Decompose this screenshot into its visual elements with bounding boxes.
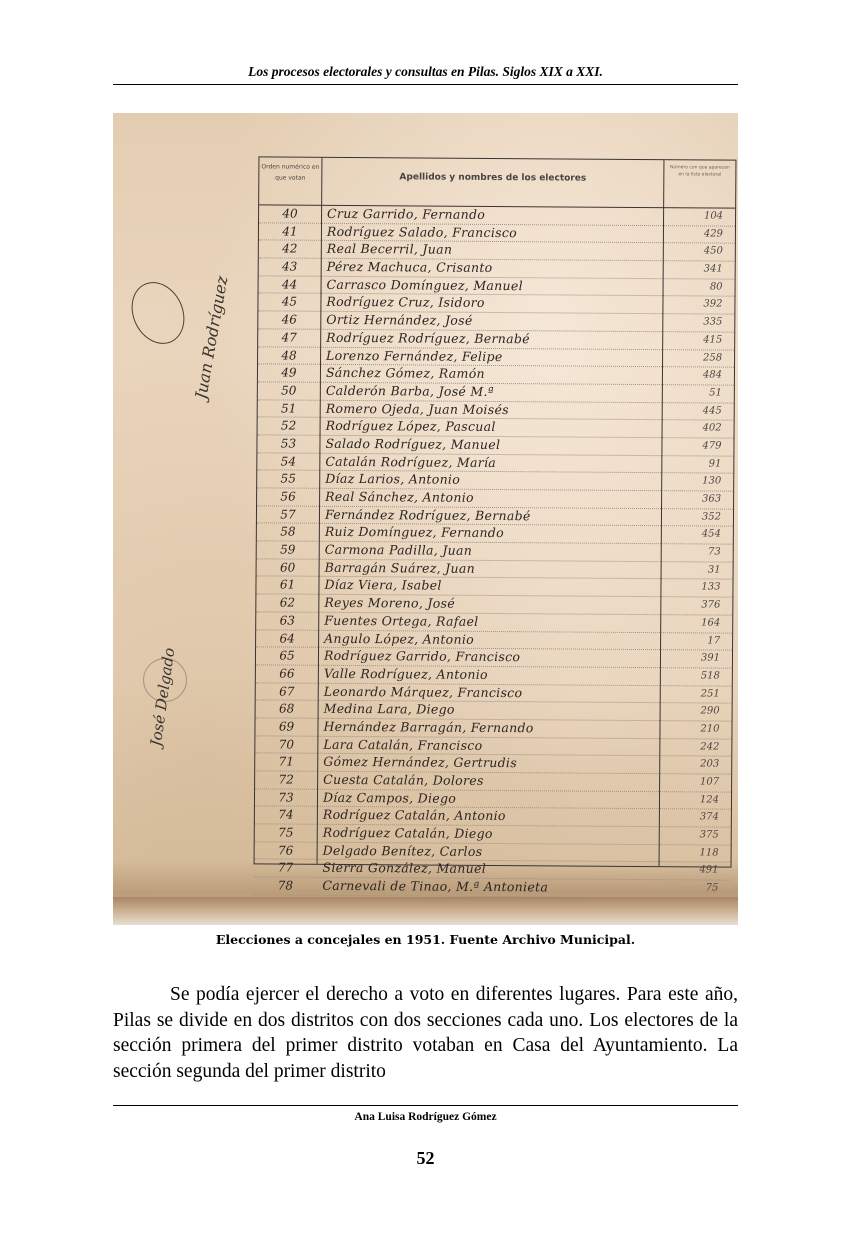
ledger-row: 78Carnevali de Tinao, M.ª Antonieta75: [254, 877, 730, 898]
header-vote-ref: Número con que aparecen en la lista elec…: [668, 164, 731, 178]
row-list-number: 251: [661, 686, 732, 702]
row-list-number: 118: [660, 845, 731, 861]
row-elector-name: Cuesta Catalán, Dolores: [323, 772, 658, 790]
ledger-header: Orden numérico en que votan Apellidos y …: [259, 157, 735, 208]
row-elector-name: Díaz Viera, Isabel: [324, 577, 659, 595]
row-list-number: 391: [661, 650, 732, 666]
row-elector-name: Leonardo Márquez, Francisco: [324, 683, 659, 701]
footer-rule: [113, 1105, 738, 1106]
row-list-number: 75: [659, 880, 730, 896]
row-order-number: 69: [255, 718, 317, 734]
row-list-number: 479: [662, 438, 733, 454]
row-order-number: 45: [258, 294, 320, 310]
row-list-number: 124: [660, 792, 731, 808]
row-elector-name: Hernández Barragán, Fernando: [323, 719, 658, 737]
row-list-number: 341: [664, 261, 735, 277]
signature-flourish: [122, 273, 194, 352]
row-order-number: 64: [256, 630, 318, 646]
row-order-number: 57: [257, 506, 319, 522]
row-list-number: 375: [660, 827, 731, 843]
row-order-number: 44: [259, 276, 321, 292]
archive-photo: Orden numérico en que votan Apellidos y …: [113, 113, 738, 925]
row-list-number: 107: [660, 774, 731, 790]
row-list-number: 164: [661, 615, 732, 631]
row-order-number: 74: [255, 807, 317, 823]
row-order-number: 65: [256, 648, 318, 664]
row-order-number: 72: [255, 771, 317, 787]
row-elector-name: Real Becerril, Juan: [327, 241, 662, 259]
row-list-number: 445: [663, 403, 734, 419]
row-elector-name: Reyes Moreno, José: [324, 595, 659, 613]
row-elector-name: Sánchez Gómez, Ramón: [326, 365, 661, 383]
row-list-number: 203: [660, 756, 731, 772]
row-order-number: 71: [255, 754, 317, 770]
row-order-number: 55: [257, 471, 319, 487]
row-elector-name: Cruz Garrido, Fernando: [327, 206, 662, 224]
row-list-number: 133: [661, 580, 732, 596]
row-elector-name: Carnevali de Tinao, M.ª Antonieta: [322, 878, 657, 896]
row-elector-name: Lara Catalán, Francisco: [323, 736, 658, 754]
row-elector-name: Lorenzo Fernández, Felipe: [326, 347, 661, 365]
row-order-number: 52: [258, 418, 320, 434]
body-paragraph: Se podía ejercer el derecho a voto en di…: [113, 982, 738, 1084]
row-elector-name: Catalán Rodríguez, María: [325, 453, 660, 471]
row-list-number: 210: [660, 721, 731, 737]
row-elector-name: Real Sánchez, Antonio: [325, 489, 660, 507]
row-list-number: 73: [662, 544, 733, 560]
row-list-number: 258: [663, 350, 734, 366]
row-order-number: 40: [259, 205, 321, 221]
row-order-number: 78: [254, 877, 316, 893]
row-order-number: 63: [256, 612, 318, 628]
row-list-number: 392: [663, 297, 734, 313]
row-list-number: 518: [661, 668, 732, 684]
row-elector-name: Rodríguez López, Pascual: [326, 418, 661, 436]
row-list-number: 450: [664, 244, 735, 260]
row-list-number: 484: [663, 367, 734, 383]
row-elector-name: Ruiz Domínguez, Fernando: [325, 524, 660, 542]
row-list-number: 290: [661, 703, 732, 719]
row-order-number: 53: [257, 435, 319, 451]
row-order-number: 43: [259, 258, 321, 274]
row-list-number: 51: [663, 385, 734, 401]
row-elector-name: Carrasco Domínguez, Manuel: [327, 277, 662, 295]
row-order-number: 77: [254, 860, 316, 876]
row-list-number: 376: [661, 597, 732, 613]
row-elector-name: Barragán Suárez, Juan: [325, 560, 660, 578]
row-elector-name: Pérez Machuca, Crisanto: [327, 259, 662, 277]
row-order-number: 70: [255, 736, 317, 752]
row-elector-name: Díaz Larios, Antonio: [325, 471, 660, 489]
row-elector-name: Fuentes Ortega, Rafael: [324, 613, 659, 631]
row-elector-name: Valle Rodríguez, Antonio: [324, 666, 659, 684]
row-order-number: 73: [255, 789, 317, 805]
row-list-number: 31: [662, 562, 733, 578]
signature-upper: Juan Rodríguez: [191, 274, 231, 400]
row-order-number: 60: [257, 559, 319, 575]
row-order-number: 62: [256, 594, 318, 610]
row-order-number: 48: [258, 347, 320, 363]
row-elector-name: Rodríguez Catalán, Antonio: [323, 807, 658, 825]
book-edge: [113, 897, 738, 925]
row-order-number: 56: [257, 488, 319, 504]
figure-caption: Elecciones a concejales en 1951. Fuente …: [113, 932, 738, 947]
row-list-number: 402: [663, 420, 734, 436]
row-order-number: 49: [258, 365, 320, 381]
row-list-number: 363: [662, 491, 733, 507]
page-number: 52: [113, 1148, 738, 1169]
row-order-number: 59: [257, 541, 319, 557]
row-list-number: 352: [662, 509, 733, 525]
footer-author: Ana Luisa Rodríguez Gómez: [113, 1111, 738, 1123]
row-list-number: 491: [659, 863, 730, 879]
row-order-number: 67: [256, 683, 318, 699]
row-elector-name: Salado Rodríguez, Manuel: [325, 436, 660, 454]
row-list-number: 429: [664, 226, 735, 242]
ledger-table: Orden numérico en que votan Apellidos y …: [254, 156, 737, 867]
row-list-number: 91: [662, 456, 733, 472]
row-order-number: 50: [258, 382, 320, 398]
row-order-number: 76: [255, 842, 317, 858]
row-elector-name: Fernández Rodríguez, Bernabé: [325, 507, 660, 525]
row-elector-name: Rodríguez Cruz, Isidoro: [326, 294, 661, 312]
row-list-number: 335: [663, 314, 734, 330]
row-list-number: 454: [662, 527, 733, 543]
row-elector-name: Rodríguez Garrido, Francisco: [324, 648, 659, 666]
row-elector-name: Carmona Padilla, Juan: [325, 542, 660, 560]
running-title: Los procesos electorales y consultas en …: [113, 64, 738, 80]
row-list-number: 415: [663, 332, 734, 348]
row-elector-name: Díaz Campos, Diego: [323, 789, 658, 807]
row-elector-name: Angulo López, Antonio: [324, 630, 659, 648]
row-elector-name: Rodríguez Catalán, Diego: [323, 825, 658, 843]
row-list-number: 242: [660, 739, 731, 755]
row-order-number: 61: [256, 577, 318, 593]
row-elector-name: Ortiz Hernández, José: [326, 312, 661, 330]
row-elector-name: Medina Lara, Diego: [324, 701, 659, 719]
row-elector-name: Romero Ojeda, Juan Moisés: [326, 400, 661, 418]
row-order-number: 68: [256, 701, 318, 717]
row-list-number: 130: [662, 473, 733, 489]
row-order-number: 75: [255, 824, 317, 840]
row-order-number: 58: [257, 524, 319, 540]
row-list-number: 104: [664, 208, 735, 224]
ledger-rows: 40Cruz Garrido, Fernando10441Rodríguez S…: [254, 205, 735, 898]
row-list-number: 374: [660, 810, 731, 826]
header-rule: [113, 84, 738, 85]
row-order-number: 54: [257, 453, 319, 469]
row-elector-name: Sierra González, Manuel: [322, 860, 657, 878]
row-elector-name: Gómez Hernández, Gertrudis: [323, 754, 658, 772]
row-elector-name: Calderón Barba, José M.ª: [326, 383, 661, 401]
row-order-number: 46: [258, 311, 320, 327]
row-order-number: 51: [258, 400, 320, 416]
row-order-number: 47: [258, 329, 320, 345]
row-elector-name: Rodríguez Salado, Francisco: [327, 224, 662, 242]
row-order-number: 42: [259, 241, 321, 257]
header-names: Apellidos y nombres de los electores: [321, 172, 664, 184]
header-orden: Orden numérico en que votan: [261, 161, 319, 183]
row-order-number: 66: [256, 665, 318, 681]
row-elector-name: Delgado Benítez, Carlos: [323, 843, 658, 861]
row-elector-name: Rodríguez Rodríguez, Bernabé: [326, 330, 661, 348]
row-list-number: 80: [664, 279, 735, 295]
row-list-number: 17: [661, 633, 732, 649]
row-order-number: 41: [259, 223, 321, 239]
